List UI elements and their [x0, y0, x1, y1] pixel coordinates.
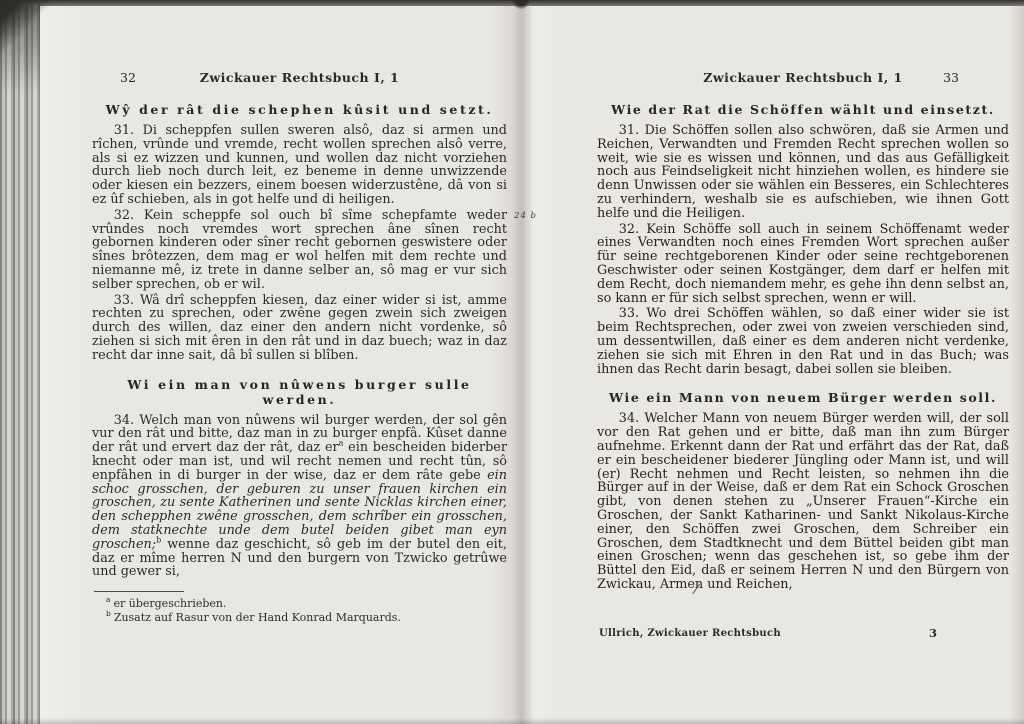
footnote-separator-rule — [94, 591, 184, 592]
right-section-heading-1: Wie der Rat die Schöffen wählt und einse… — [597, 102, 1009, 117]
right-running-header: Zwickauer Rechtsbuch I, 1 33 — [597, 70, 1009, 86]
left-running-title: Zwickauer Rechtsbuch I, 1 — [92, 70, 507, 85]
footnote-a-marker: a — [106, 595, 110, 604]
left-paragraph-33: 33. Wâ drî scheppfen kiesen, daz einer w… — [92, 294, 507, 363]
left-running-header: 32 Zwickauer Rechtsbuch I, 1 — [92, 70, 507, 86]
footnote-b: bZusatz auf Rasur von der Hand Konrad Ma… — [92, 611, 507, 625]
right-section-heading-2: Wie ein Mann von neuem Bürger werden sol… — [597, 390, 1009, 405]
left-paragraph-34: 34. Welch man von nûwens wil burger werd… — [92, 414, 507, 580]
footnote-b-text: Zusatz auf Rasur von der Hand Konrad Mar… — [114, 611, 401, 624]
left-section-heading-2: Wi ein man von nûwens burger sulle werde… — [92, 377, 507, 407]
left-section-heading-1: Wŷ der rât die schephen kûsit und setzt. — [92, 102, 507, 117]
right-page: Zwickauer Rechtsbuch I, 1 33 Wie der Rat… — [597, 70, 1009, 594]
left-paragraph-32: 32. Kein scheppfe sol ouch bî sîme schep… — [92, 209, 507, 292]
book-scan: { "colors": { "paper": "#e9e7e1", "ink":… — [0, 0, 1024, 724]
right-paragraph-32: 32. Kein Schöffe soll auch in seinem Sch… — [597, 223, 1009, 306]
book-gutter-notch — [512, 0, 530, 9]
sheet-signature-number: 3 — [929, 626, 937, 640]
footnote-block: aer übergeschrieben. bZusatz auf Rasur v… — [92, 591, 507, 625]
footnote-b-marker: b — [106, 609, 111, 618]
left-paragraph-31: 31. Di scheppfen sullen sweren alsô, daz… — [92, 124, 507, 207]
book-page-edges — [0, 4, 40, 724]
right-edge-shade — [1010, 6, 1024, 724]
left-page-number: 32 — [120, 70, 136, 85]
left-page: 32 Zwickauer Rechtsbuch I, 1 Wŷ der rât … — [92, 70, 507, 625]
scan-bottom-edge — [0, 718, 1024, 724]
footnote-a: aer übergeschrieben. — [92, 597, 507, 611]
printer-signature-text: Ullrich, Zwickauer Rechtsbuch — [599, 628, 781, 639]
left-paragraph-32-text: 32. Kein scheppfe sol ouch bî sîme schep… — [92, 208, 507, 292]
right-paragraph-31: 31. Die Schöffen sollen also schwören, d… — [597, 124, 1009, 221]
right-paragraph-33: 33. Wo drei Schöffen wählen, so daß eine… — [597, 307, 1009, 376]
right-paragraph-34: 34. Welcher Mann von neuem Bürger werden… — [597, 412, 1009, 591]
right-page-number: 33 — [943, 70, 959, 85]
footnote-a-text: er übergeschrieben. — [113, 597, 226, 610]
right-page-footer: Ullrich, Zwickauer Rechtsbuch 3 — [597, 628, 1009, 642]
folio-margin-note: 24 b — [492, 210, 537, 224]
